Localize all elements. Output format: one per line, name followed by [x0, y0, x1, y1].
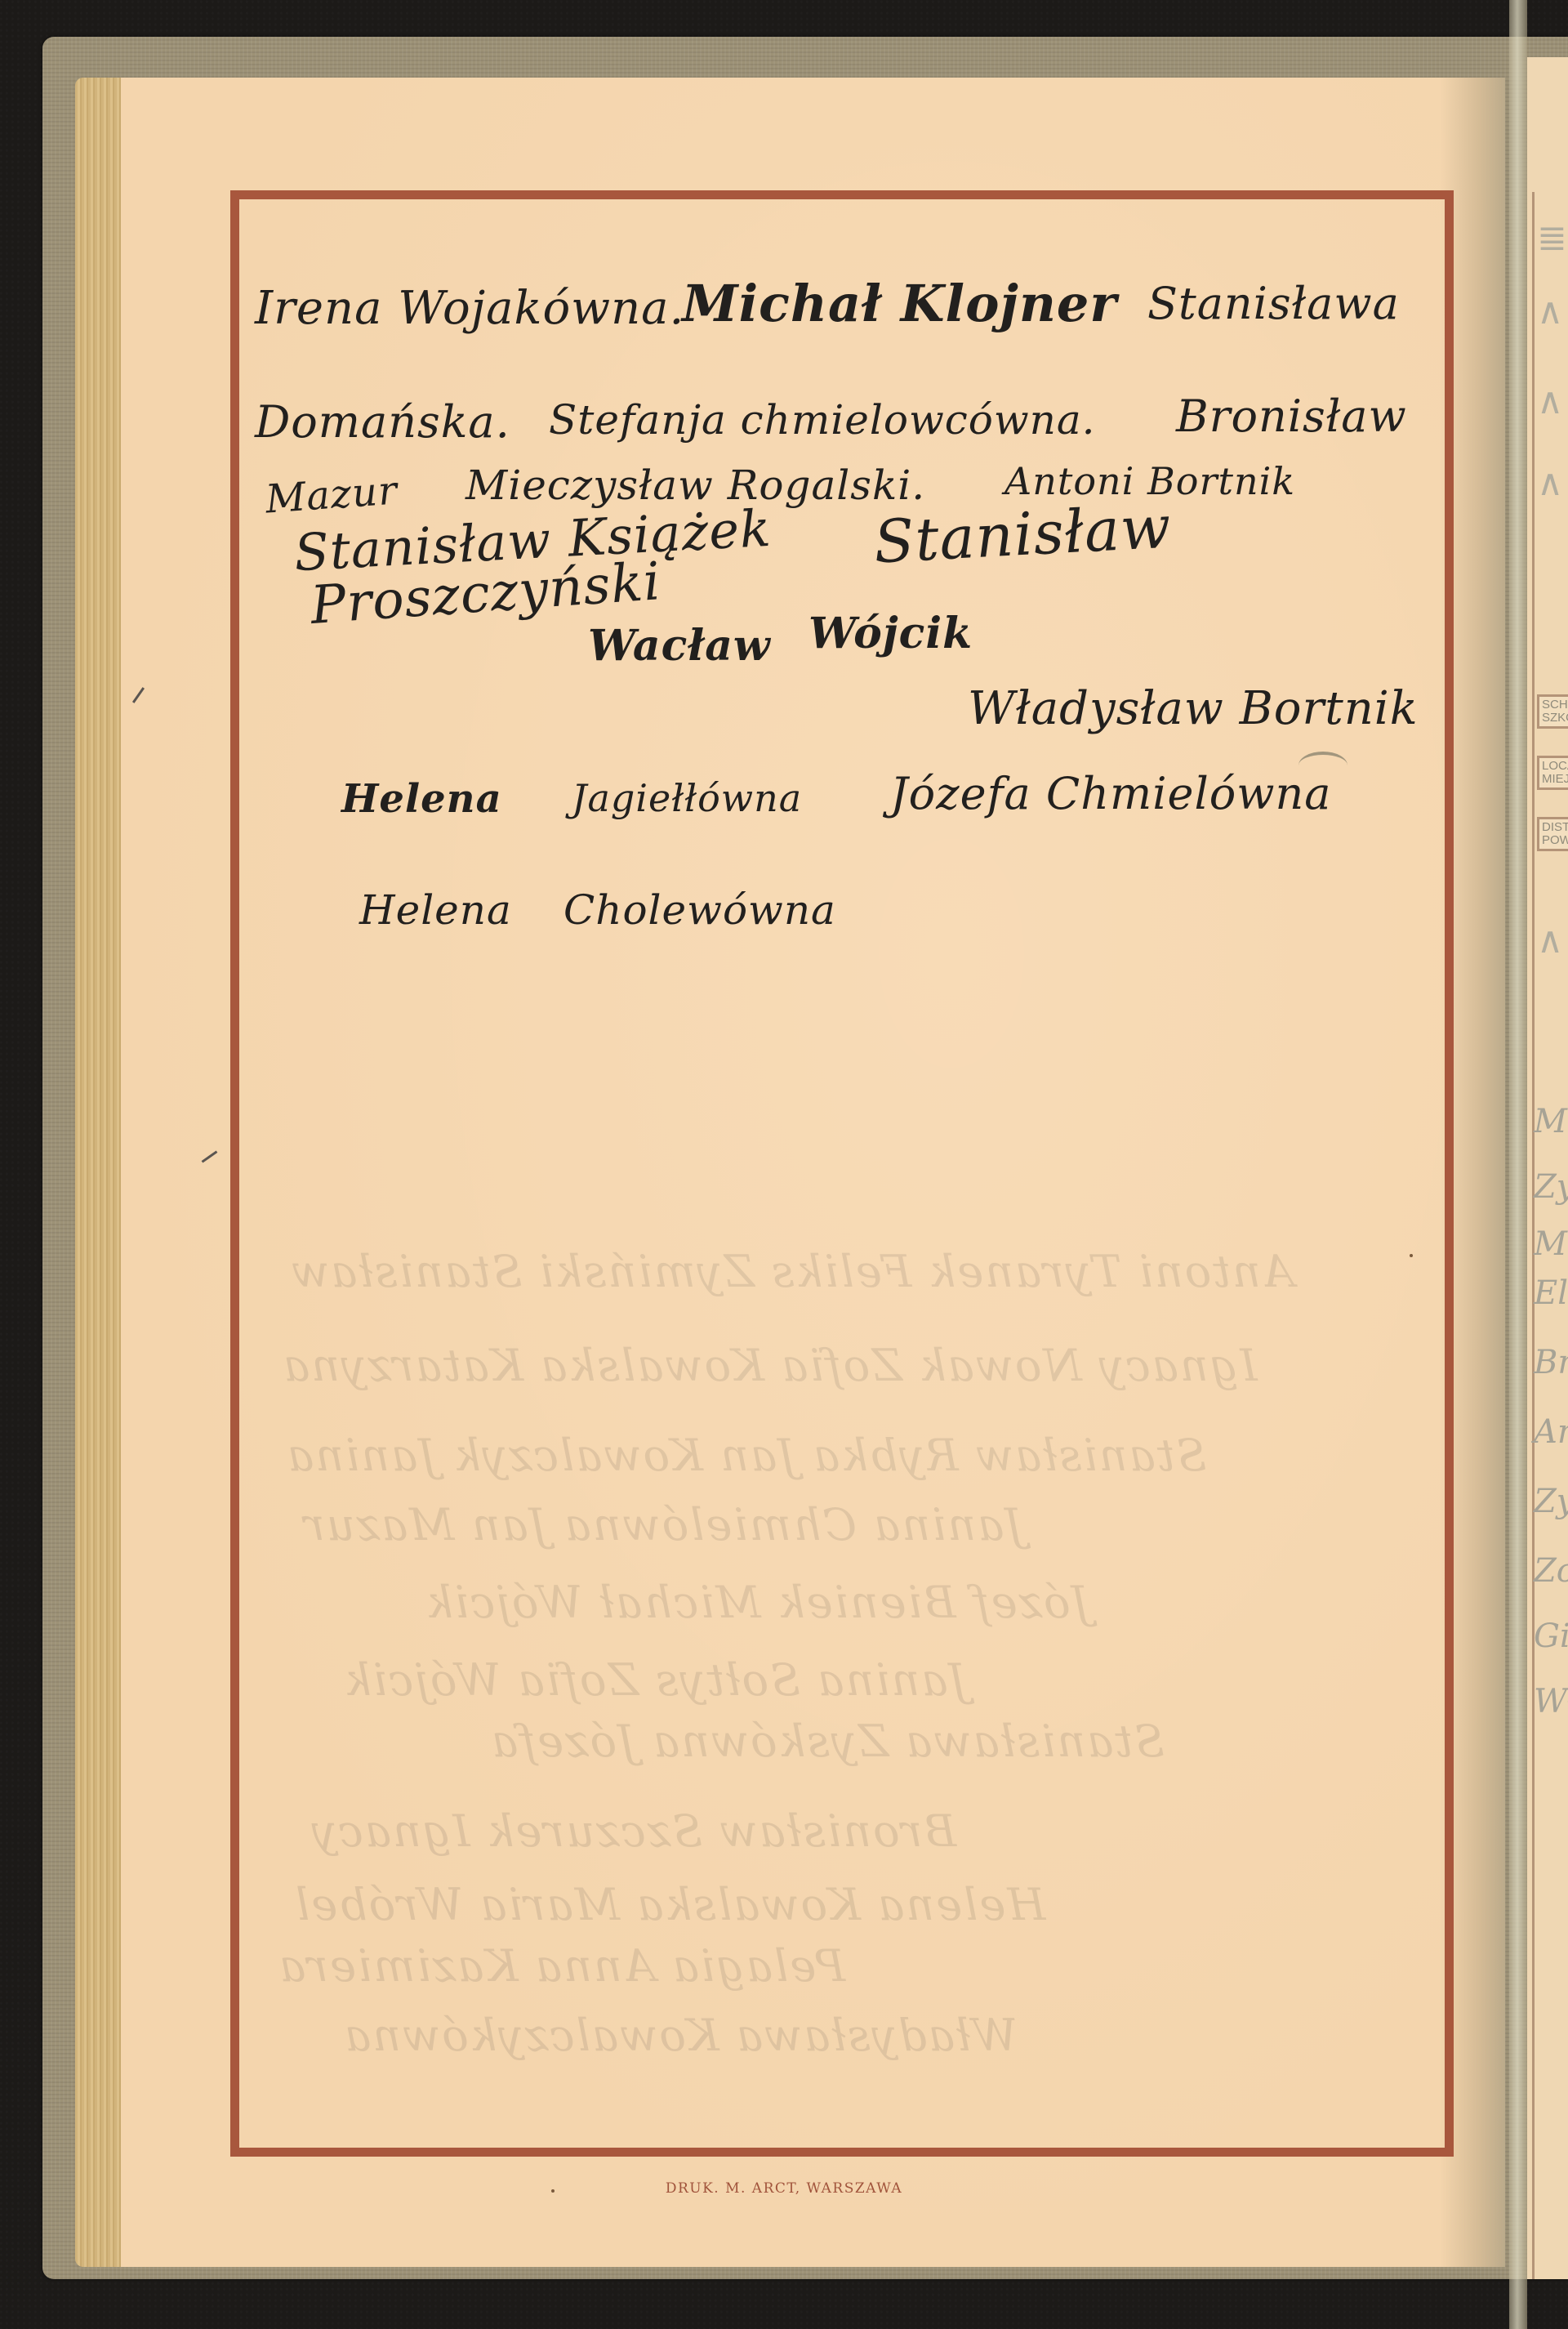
signature: Domańska. — [255, 396, 510, 448]
signature: Bronisław — [1176, 390, 1407, 442]
decorative-ornament-icon: ∧ — [1537, 466, 1563, 502]
signature: Jagiełłówna — [572, 776, 802, 820]
decorative-ornament-icon: ∧ — [1537, 294, 1563, 330]
signature: Wacław — [588, 621, 771, 671]
signature: Mazur — [264, 467, 399, 522]
adjacent-name-fragment: Ma — [1534, 1225, 1568, 1263]
adjacent-name-fragment: Zofja — [1534, 1552, 1568, 1590]
signature: Cholewówna — [563, 886, 836, 934]
adjacent-name-fragment: Bro — [1534, 1344, 1568, 1381]
decorative-ornament-icon: ∧ — [1537, 384, 1563, 420]
signature: Stefanja chmielowcówna. — [549, 396, 1096, 444]
adjacent-name-fragment: Ma — [1534, 1103, 1568, 1140]
signature: Helena — [341, 776, 502, 822]
signature: Władysław Bortnik — [968, 682, 1419, 735]
adjacent-name-fragment: Gien — [1534, 1617, 1568, 1655]
glass-reflection-strip — [1509, 0, 1527, 2329]
printer-imprint: DRUK. M. ARCT, WARSZAWA — [0, 2180, 1568, 2197]
signature: Michał Klojner — [682, 274, 1117, 333]
adjacent-label: DISTI POW — [1537, 817, 1568, 851]
adjacent-page-edge: ≣ ∧ ∧ ∧ SCHO SZKO LOCA MIEJ DISTI POW ∧ … — [1527, 57, 1568, 2279]
signature: Józefa Chmielówna — [890, 768, 1331, 819]
adjacent-name-fragment: Wład — [1534, 1683, 1568, 1720]
decorative-ornament-icon: ∧ — [1537, 923, 1563, 959]
paper-speck — [1410, 1254, 1413, 1257]
adjacent-label: LOCA MIEJ — [1537, 756, 1568, 790]
adjacent-name-fragment: An — [1534, 1413, 1568, 1451]
signature: Stanisława — [1147, 278, 1400, 329]
adjacent-name-fragment: El — [1534, 1274, 1568, 1312]
adjacent-name-fragment: Zy — [1534, 1168, 1568, 1206]
ink-smudge — [1298, 752, 1347, 779]
adjacent-label: SCHO SZKO — [1537, 694, 1568, 729]
signature: Irena Wojakówna. — [255, 282, 684, 335]
signature: Helena — [359, 886, 512, 934]
decorative-ornament-icon: ≣ — [1537, 221, 1567, 257]
adjacent-name-fragment: Zyg — [1534, 1483, 1568, 1520]
signature: Wójcik — [808, 609, 973, 658]
page-edges — [75, 78, 124, 2267]
